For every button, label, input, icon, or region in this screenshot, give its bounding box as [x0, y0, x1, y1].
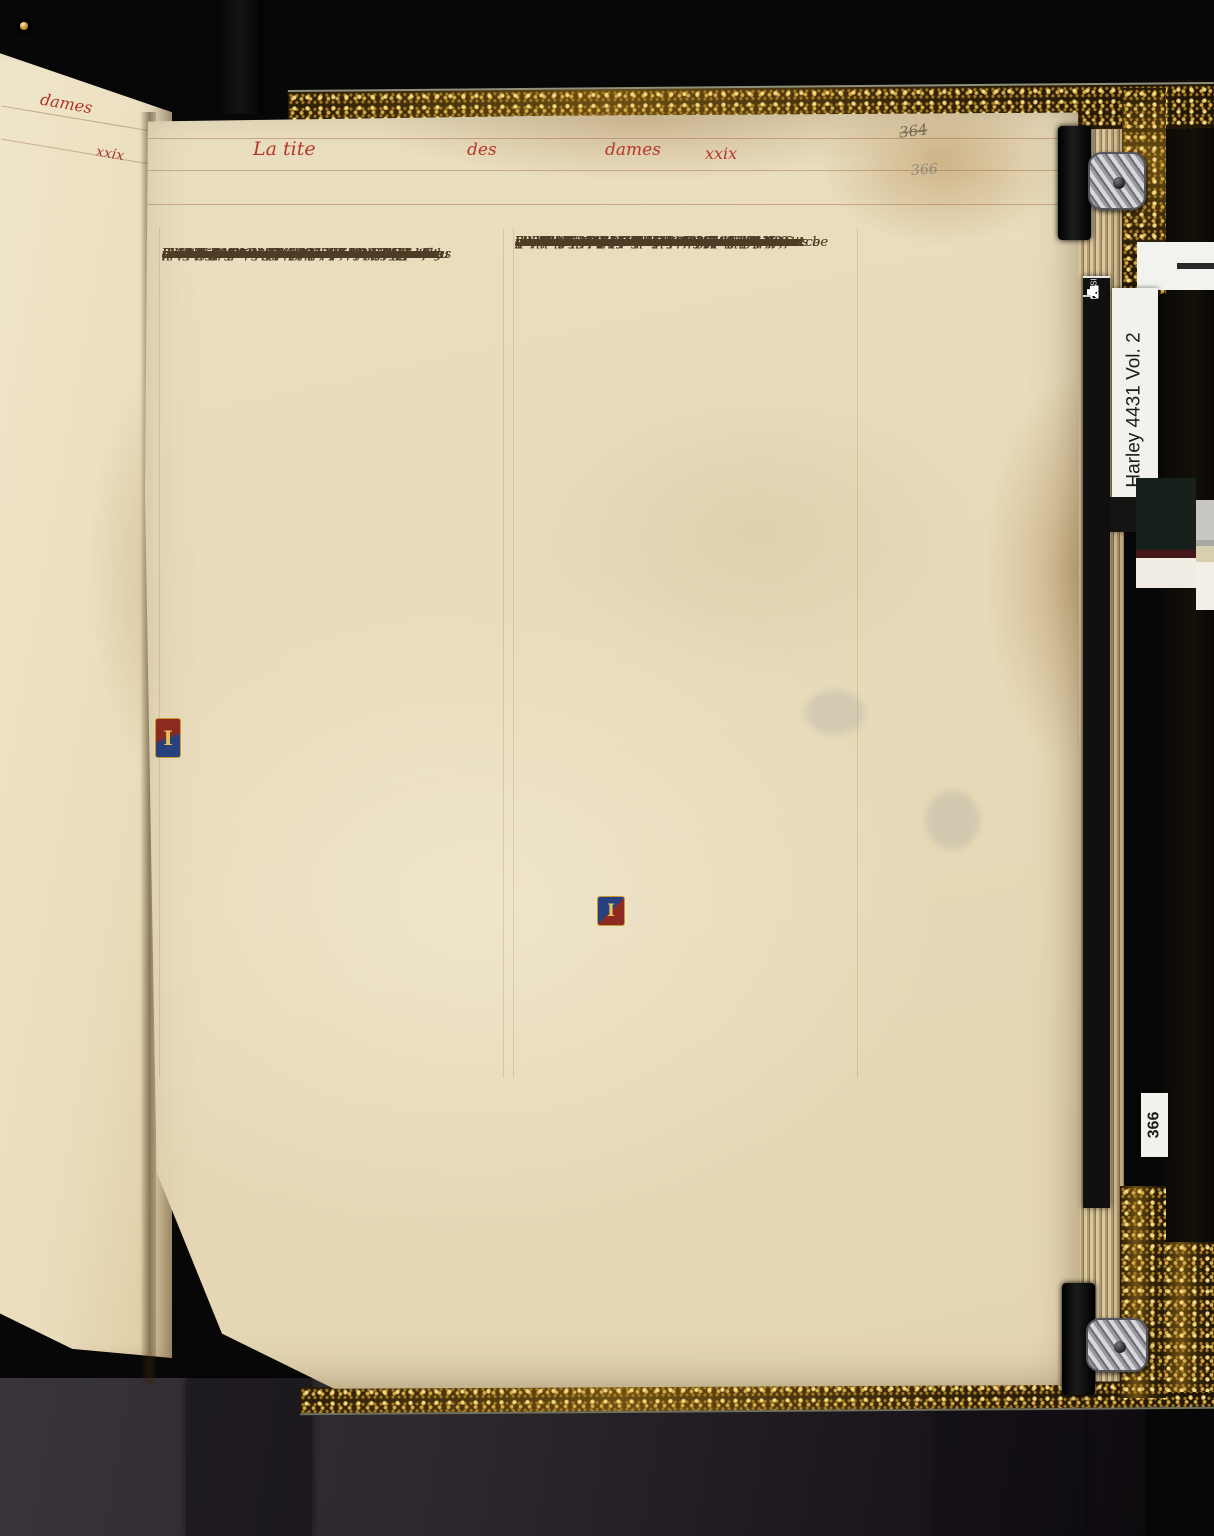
binding-stud: [20, 22, 28, 30]
recto-page: La tite des dames xxix 364 366 mie qui l…: [105, 110, 1080, 1390]
illuminated-initial: I: [155, 718, 181, 758]
text-column-2: ment dun pastour qui tantost secha lui e…: [515, 232, 861, 1080]
binder-clip-bottom-handle: [1086, 1318, 1148, 1372]
grayscale-patch: [1110, 497, 1136, 532]
text-column-1: mie qui la couurij toute et urban de plu…: [162, 244, 508, 1090]
clip-rivet: [1114, 1341, 1126, 1353]
shelfmark-label-text: Harley 4431 Vol. 2: [1124, 332, 1146, 487]
column-ruling: [159, 228, 160, 1078]
ruler-cm-cell: 1: [1083, 276, 1110, 312]
gilt-binding-corner: [1162, 1242, 1214, 1392]
binder-clip-top: [1058, 126, 1091, 240]
folio-sticker-text: 366: [1145, 1112, 1163, 1139]
cradle-strap: [186, 1378, 312, 1536]
folio-sticker: 366: [1141, 1093, 1168, 1157]
manuscript-line: mort au deuant la trouua p lenseigne: [162, 244, 404, 266]
cradle-strap-top: [216, 0, 263, 114]
grayscale-strip: [1110, 497, 1136, 1197]
running-header-word: des: [467, 140, 497, 160]
illuminated-initial: I: [597, 896, 625, 926]
manuscript-line: nomme theophilus lui dist p moquerie: [515, 232, 762, 254]
running-header-word: dames: [605, 140, 661, 160]
calibration-ruler: D RSI 2524232221201918171615141312111098…: [1083, 276, 1110, 1208]
binder-clip-top-handle: [1088, 152, 1146, 210]
manuscript-photo: dames xxix menbres mais ceuls que demoue…: [0, 0, 1214, 1536]
verso-running-header: xxix: [95, 144, 126, 165]
running-header-word: La tite: [253, 138, 316, 160]
ruled-line: [135, 204, 1065, 205]
color-patch-black-green: [1136, 478, 1196, 550]
folio-number-crossed: 364: [898, 120, 929, 141]
stain: [805, 690, 865, 735]
folio-number: 366: [910, 161, 938, 179]
target-card-mark: [1177, 263, 1214, 269]
color-patch-light-gray: [1196, 500, 1214, 540]
column-ruling: [513, 228, 514, 1078]
stain: [925, 790, 980, 850]
clip-rivet: [1113, 177, 1125, 189]
ruler-number: 1: [1084, 289, 1098, 296]
running-header-word: xxix: [705, 144, 737, 163]
